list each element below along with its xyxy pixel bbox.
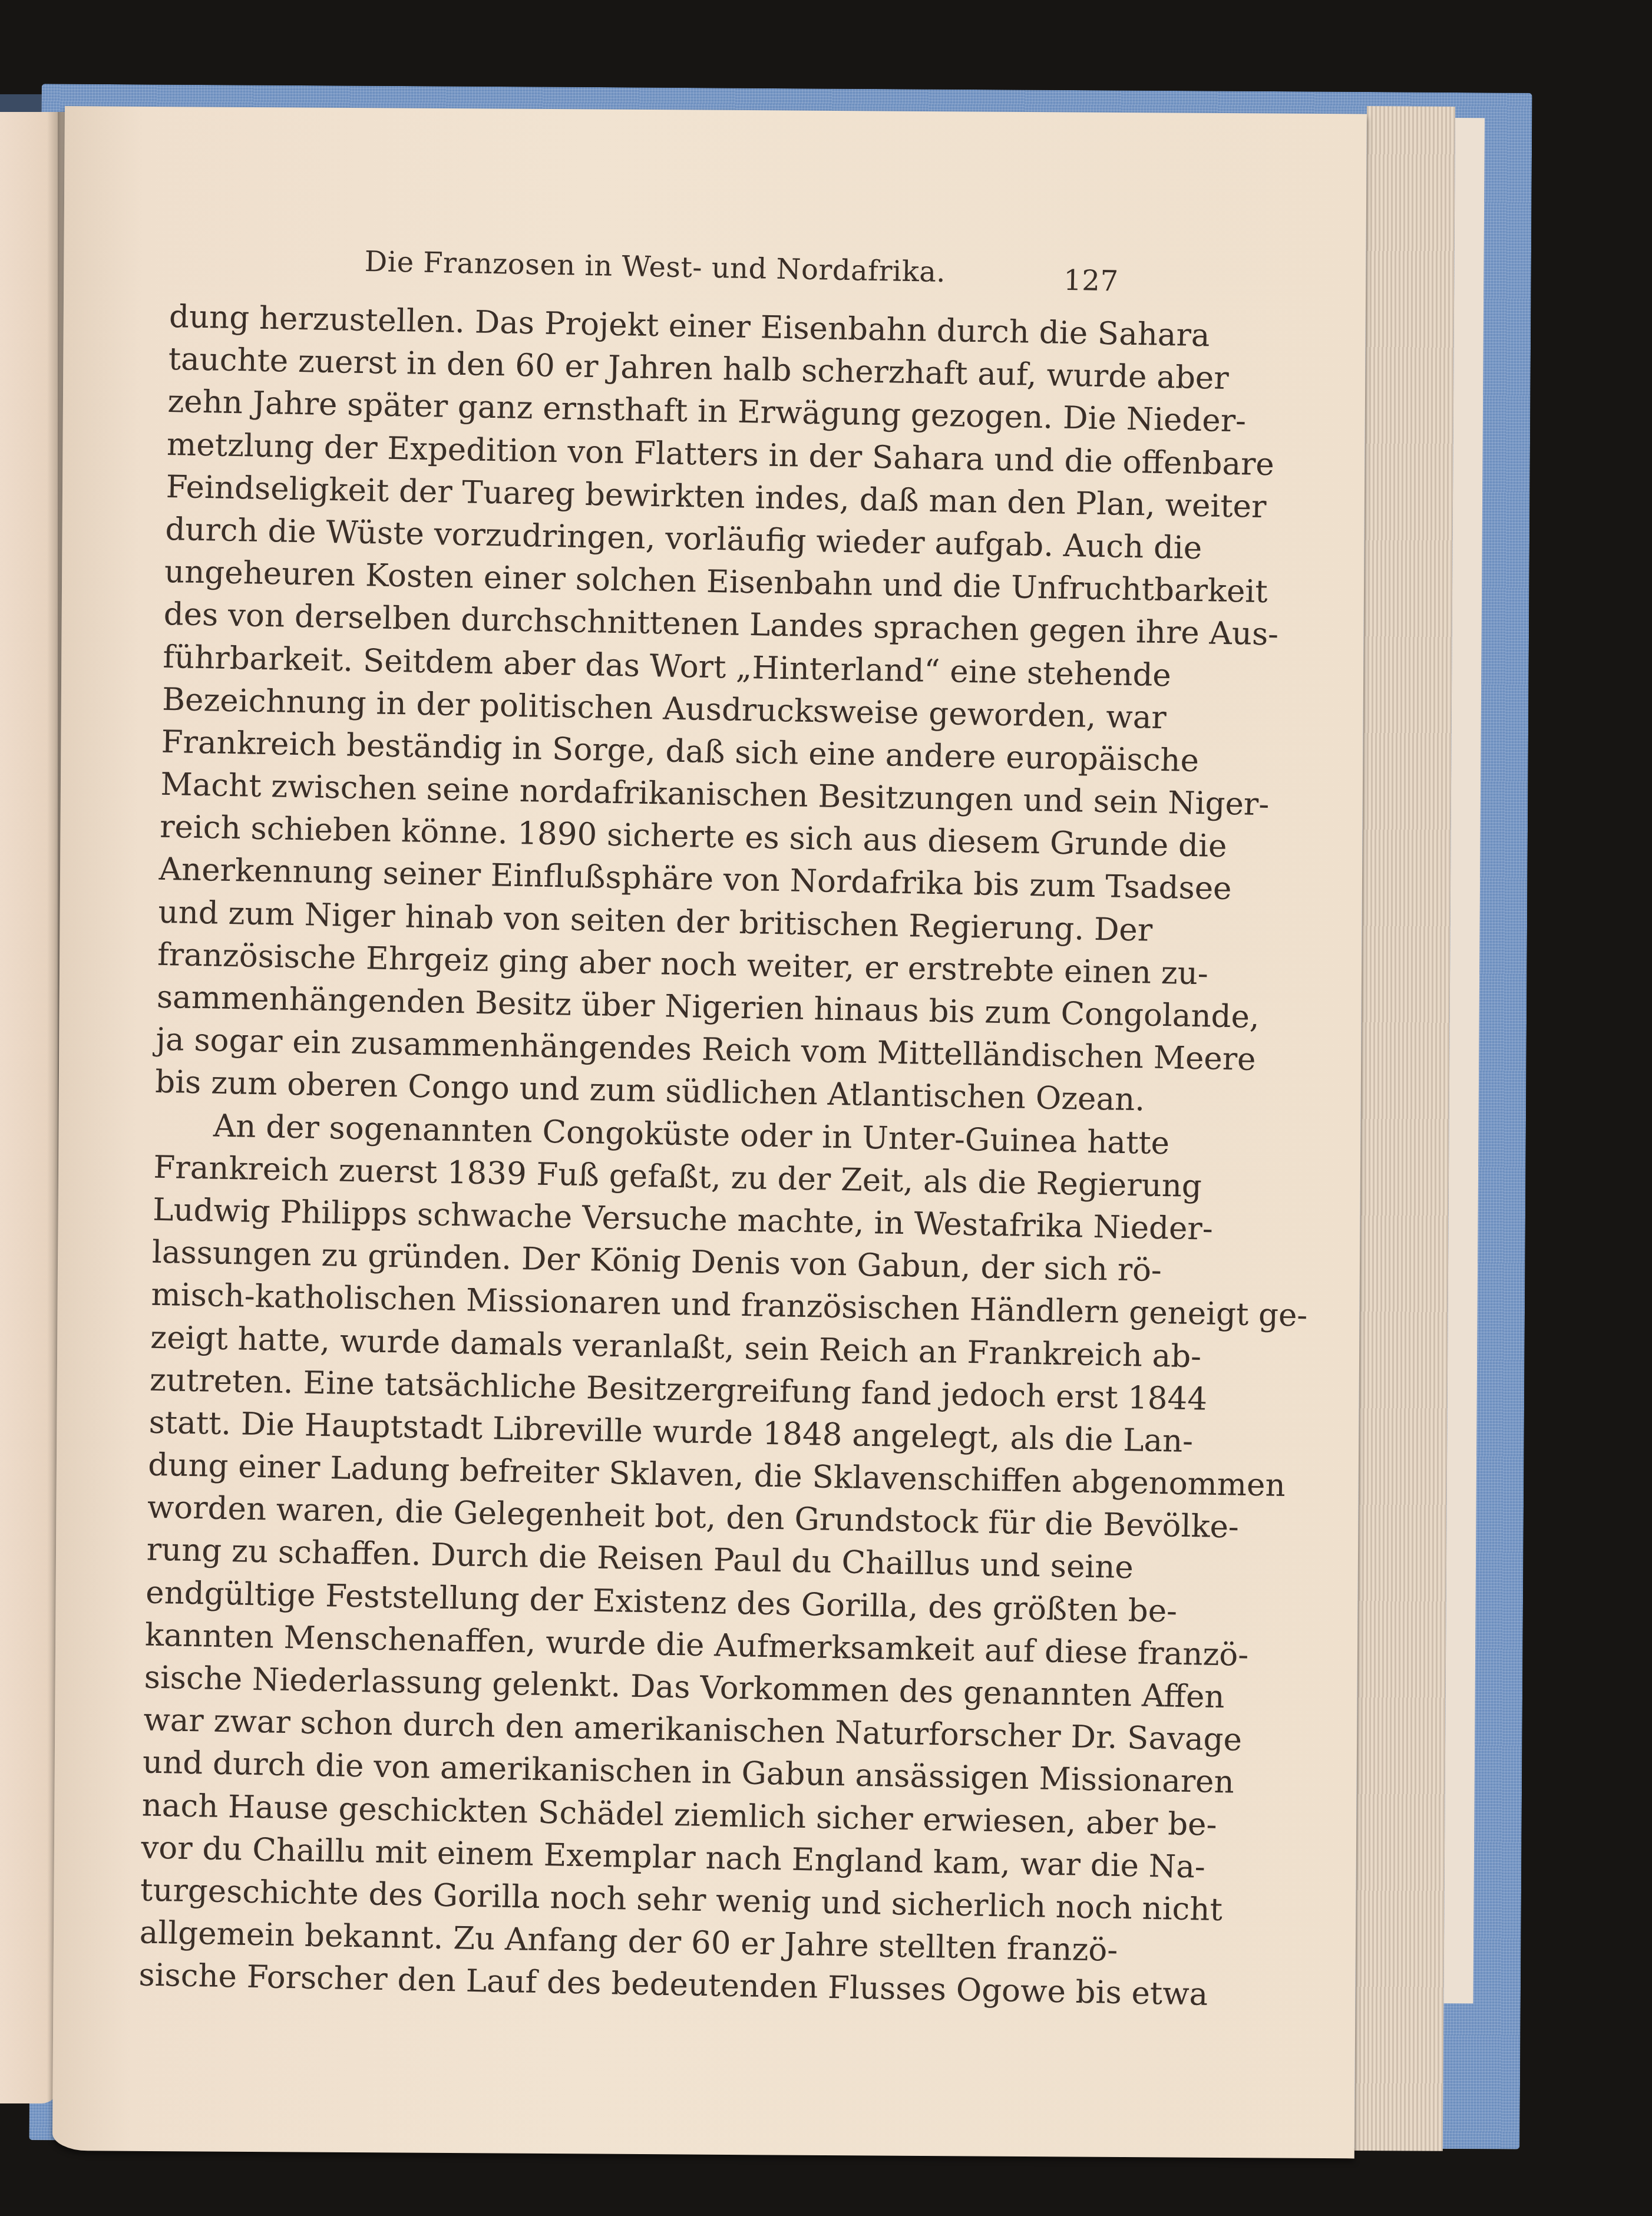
left-page-edge <box>0 112 59 2103</box>
book-scan: Die Franzosen in West- und Nordafrika. 1… <box>0 0 1652 2216</box>
page-text-block: Die Franzosen in West- und Nordafrika. 1… <box>138 224 1114 2014</box>
page-number: 127 <box>1063 264 1119 298</box>
page-stack-edges <box>1354 106 1455 2151</box>
running-head-title: Die Franzosen in West- und Nordafrika. <box>364 245 946 289</box>
body-text: dung herzustellen. Das Projekt einer Eis… <box>138 296 1112 2014</box>
